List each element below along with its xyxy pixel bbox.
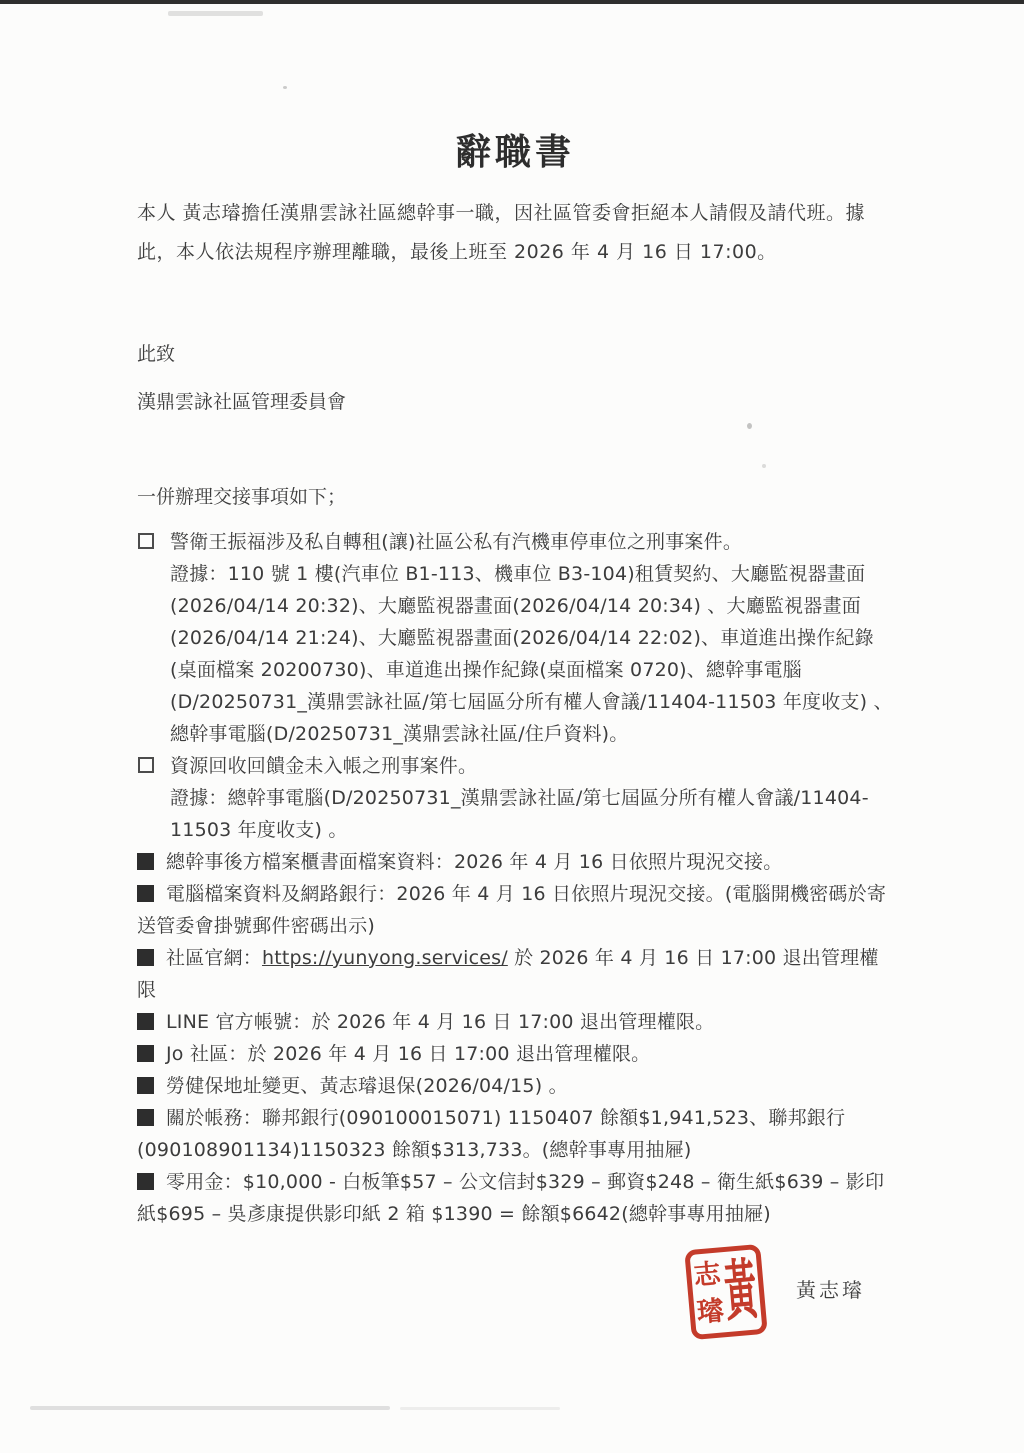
handover-items-list: 警衛王振福涉及私自轉租(讓)社區公私有汽機車停車位之刑事案件。 證據：110 號…	[137, 526, 893, 1230]
filled-square-icon	[137, 853, 154, 870]
filled-square-icon	[137, 1077, 154, 1094]
item-text: 總幹事後方檔案櫃書面檔案資料：2026 年 4 月 16 日依照片現況交接。	[166, 851, 782, 873]
item-text: Jo 社區：於 2026 年 4 月 16 日 17:00 退出管理權限。	[166, 1043, 650, 1065]
scan-artifact	[30, 1406, 390, 1410]
checkbox-empty-icon	[138, 533, 154, 549]
item-text: 資源回收回饋金未入帳之刑事案件。	[170, 750, 893, 782]
salutation: 此致	[137, 338, 893, 370]
name-seal-stamp: 黃 志璿	[684, 1244, 768, 1340]
handover-heading: 一併辦理交接事項如下；	[137, 481, 893, 513]
item-text: 勞健保地址變更、黃志璿退保(2026/04/15) 。	[166, 1075, 568, 1097]
addressee: 漢鼎雲詠社區管理委員會	[137, 386, 893, 418]
item-evidence: 證據：總幹事電腦(D/20250731_漢鼎雲詠社區/第七屆區分所有權人會議/1…	[170, 782, 893, 846]
handover-item-bank-accounts: 關於帳務：聯邦銀行(090100015071) 1150407 餘額$1,941…	[137, 1102, 893, 1166]
document-title: 辭職書	[137, 128, 893, 178]
item-text: 電腦檔案資料及網路銀行：2026 年 4 月 16 日依照片現況交接。(電腦開機…	[137, 883, 886, 937]
filled-square-icon	[137, 885, 154, 902]
seal-left-column: 志璿	[692, 1255, 725, 1331]
filled-square-icon	[137, 1045, 154, 1062]
resignation-letter-scan: 辭職書 本人 黃志璿擔任漢鼎雲詠社區總幹事一職，因社區管委會拒絕本人請假及請代班…	[0, 0, 1024, 1453]
item-text: 警衛王振福涉及私自轉租(讓)社區公私有汽機車停車位之刑事案件。	[170, 526, 893, 558]
scan-artifact	[400, 1407, 560, 1410]
handover-item-jo-community: Jo 社區：於 2026 年 4 月 16 日 17:00 退出管理權限。	[137, 1038, 893, 1070]
handover-item-petty-cash: 零用金：$10,000 - 白板筆$57 – 公文信封$329 – 郵資$248…	[137, 1166, 893, 1230]
item-text: 零用金：$10,000 - 白板筆$57 – 公文信封$329 – 郵資$248…	[137, 1171, 884, 1225]
item-text-prefix: 社區官網：	[166, 947, 262, 969]
handover-item-recycling-criminal-case: 資源回收回饋金未入帳之刑事案件。 證據：總幹事電腦(D/20250731_漢鼎雲…	[137, 750, 893, 846]
item-text: LINE 官方帳號：於 2026 年 4 月 16 日 17:00 退出管理權限…	[166, 1011, 714, 1033]
handover-item-community-website: 社區官網：https://yunyong.services/ 於 2026 年 …	[137, 942, 893, 1006]
document-body: 辭職書 本人 黃志璿擔任漢鼎雲詠社區總幹事一職，因社區管委會拒絕本人請假及請代班…	[137, 0, 893, 1230]
intro-paragraph: 本人 黃志璿擔任漢鼎雲詠社區總幹事一職，因社區管委會拒絕本人請假及請代班。據此，…	[137, 194, 893, 272]
item-evidence: 證據：110 號 1 樓(汽車位 B1-113、機車位 B3-104)租賃契約、…	[170, 558, 893, 750]
community-website-url: https://yunyong.services/	[262, 947, 508, 969]
handover-item-file-cabinet: 總幹事後方檔案櫃書面檔案資料：2026 年 4 月 16 日依照片現況交接。	[137, 846, 893, 878]
handover-item-labor-health-insurance: 勞健保地址變更、黃志璿退保(2026/04/15) 。	[137, 1070, 893, 1102]
filled-square-icon	[137, 1013, 154, 1030]
handover-item-line-account: LINE 官方帳號：於 2026 年 4 月 16 日 17:00 退出管理權限…	[137, 1006, 893, 1038]
checkbox-empty-icon	[138, 757, 154, 773]
handover-item-parking-criminal-case: 警衛王振福涉及私自轉租(讓)社區公私有汽機車停車位之刑事案件。 證據：110 號…	[137, 526, 893, 750]
filled-square-icon	[137, 1173, 154, 1190]
filled-square-icon	[137, 949, 154, 966]
filled-square-icon	[137, 1109, 154, 1126]
handover-item-computer-files: 電腦檔案資料及網路銀行：2026 年 4 月 16 日依照片現況交接。(電腦開機…	[137, 878, 893, 942]
item-text: 關於帳務：聯邦銀行(090100015071) 1150407 餘額$1,941…	[137, 1107, 845, 1161]
signature-name: 黃志璿	[796, 1274, 865, 1303]
seal-right-column: 黃	[721, 1252, 759, 1329]
